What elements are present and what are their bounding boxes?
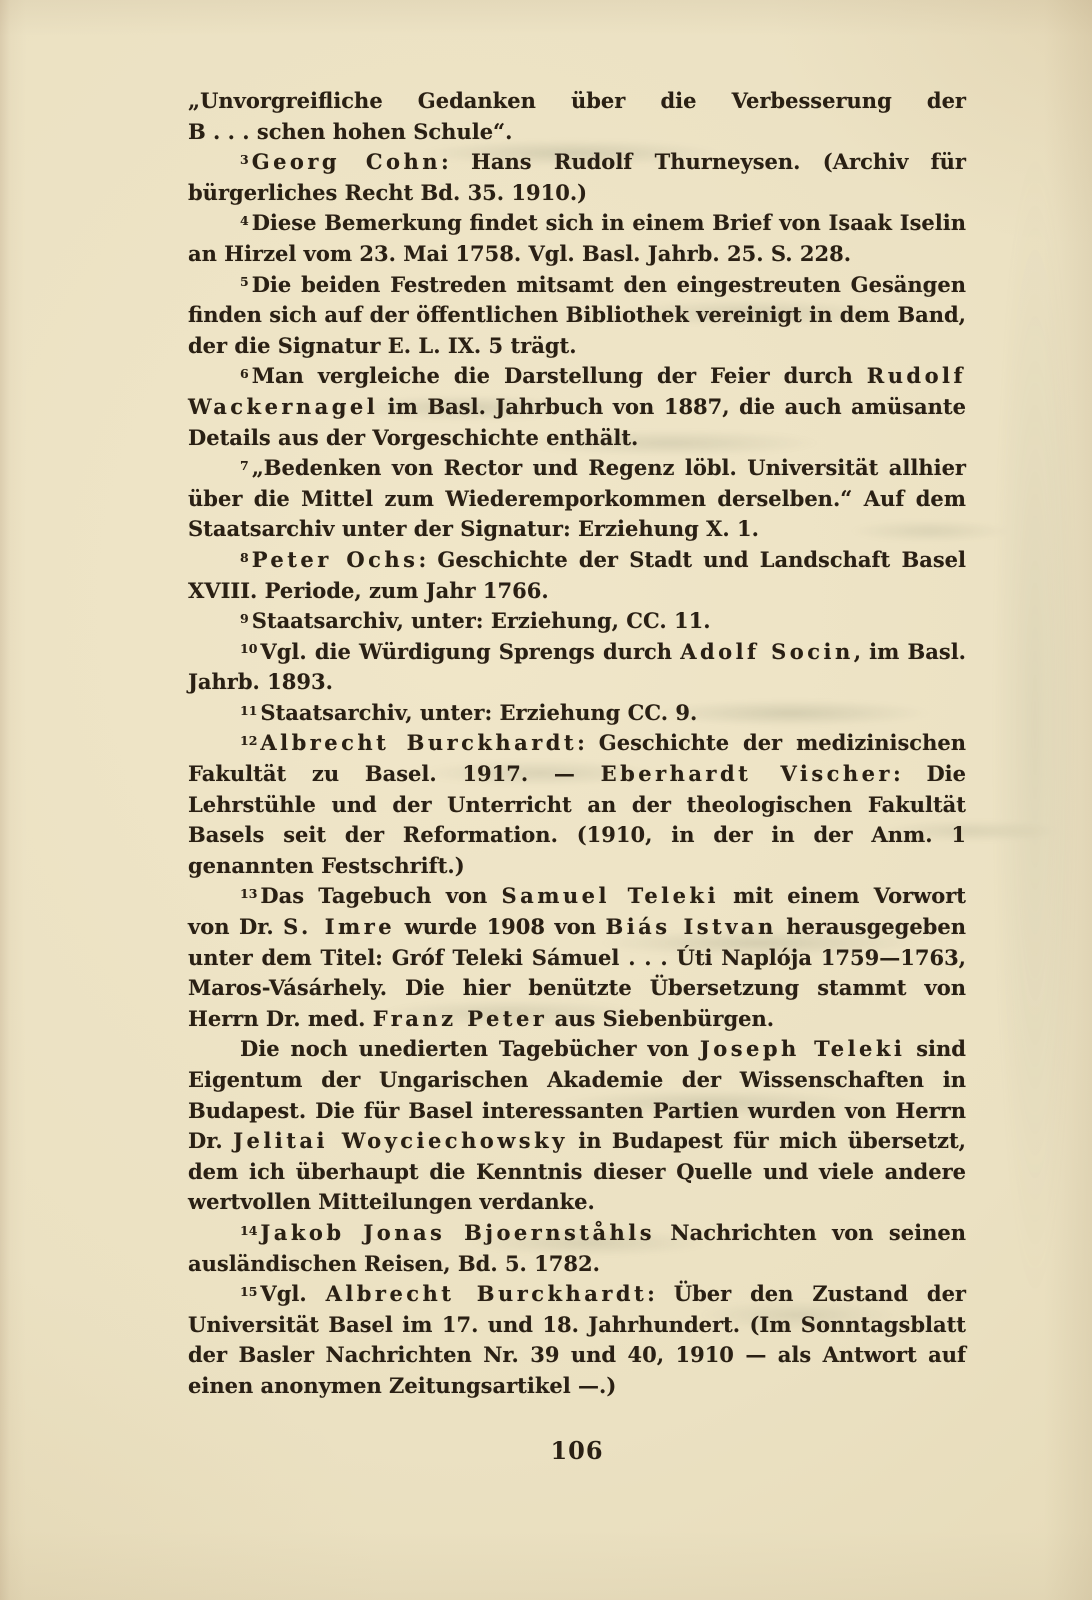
footnote-number: 10 — [240, 641, 257, 656]
text-run: aus Siebenbürgen. — [547, 1006, 774, 1031]
paragraph: „Unvorgreifliche Gedanken über die Verbe… — [188, 86, 966, 147]
person-name: S. Imre — [283, 914, 395, 939]
person-name: Joseph Teleki — [700, 1036, 905, 1061]
footnote-paragraph: 5Die beiden Festreden mitsamt den einges… — [188, 270, 966, 362]
person-name: Albrecht Burckhardt — [260, 730, 577, 755]
footnote-number: 15 — [240, 1284, 257, 1299]
text-run: Diese Bemerkung findet sich in einem Bri… — [188, 210, 966, 266]
footnote-paragraph: 12Albrecht Burckhardt: Geschichte der me… — [188, 728, 966, 881]
text-block: „Unvorgreifliche Gedanken über die Verbe… — [188, 86, 966, 1402]
book-page: „Unvorgreifliche Gedanken über die Verbe… — [0, 0, 1092, 1600]
page-number: 106 — [188, 1436, 966, 1465]
text-run: Die noch unedierten Tagebücher von — [240, 1036, 700, 1061]
person-name: Adolf Socin — [680, 639, 853, 664]
footnote-number: 13 — [240, 886, 257, 901]
person-name: Franz Peter — [373, 1006, 548, 1031]
footnote-number: 14 — [240, 1223, 257, 1238]
person-name: Jakob Jonas Bjoernståhls — [260, 1220, 655, 1245]
footnote-paragraph: 10Vgl. die Würdigung Sprengs durch Adolf… — [188, 637, 966, 698]
text-run: Vgl. — [260, 1281, 325, 1306]
person-name: Georg Cohn — [252, 149, 441, 174]
person-name: Peter Ochs — [252, 547, 419, 572]
footnote-paragraph: 7„Bedenken von Rector und Regenz löbl. U… — [188, 453, 966, 545]
footnote-paragraph: 4Diese Bemerkung findet sich in einem Br… — [188, 208, 966, 269]
text-run: wurde 1908 von — [395, 914, 605, 939]
person-name: Jelitai Woyciechowsky — [233, 1128, 568, 1153]
footnote-number: 6 — [240, 366, 249, 381]
text-run: Man vergleiche die Darstellung der Feier… — [252, 363, 867, 388]
footnote-number: 4 — [240, 213, 249, 228]
text-run: „Bedenken von Rector und Regenz löbl. Un… — [188, 455, 966, 541]
text-run: Staatsarchiv, unter: Erziehung, CC. 11. — [252, 608, 711, 633]
text-run: Staatsarchiv, unter: Erziehung CC. 9. — [260, 700, 697, 725]
footnote-number: 7 — [240, 458, 249, 473]
person-name: Albrecht Burckhardt — [326, 1281, 648, 1306]
footnote-number: 11 — [240, 703, 257, 718]
footnote-number: 5 — [240, 274, 249, 289]
footnote-paragraph: 13Das Tagebuch von Samuel Teleki mit ein… — [188, 881, 966, 1034]
footnote-number: 12 — [240, 733, 257, 748]
person-name: Eberhardt Vischer — [601, 761, 893, 786]
footnote-paragraph: 15Vgl. Albrecht Burckhardt: Über den Zus… — [188, 1279, 966, 1401]
footnote-paragraph: 11Staatsarchiv, unter: Erziehung CC. 9. — [188, 698, 966, 729]
footnote-paragraph: 8Peter Ochs: Geschichte der Stadt und La… — [188, 545, 966, 606]
paragraph: Die noch unedierten Tagebücher von Josep… — [188, 1034, 966, 1218]
footnote-paragraph: 9Staatsarchiv, unter: Erziehung, CC. 11. — [188, 606, 966, 637]
footnote-number: 3 — [240, 152, 249, 167]
footnote-paragraph: 14Jakob Jonas Bjoernståhls Nachrichten v… — [188, 1218, 966, 1279]
text-run: Das Tagebuch von — [260, 883, 501, 908]
footnote-number: 8 — [240, 550, 249, 565]
person-name: Biás Istvan — [606, 914, 777, 939]
text-run: „Unvorgreifliche Gedanken über die Verbe… — [188, 88, 966, 144]
footnote-number: 9 — [240, 611, 249, 626]
footnote-paragraph: 6Man vergleiche die Darstellung der Feie… — [188, 361, 966, 453]
text-run: Die beiden Festreden mitsamt den eingest… — [188, 272, 966, 358]
person-name: Samuel Teleki — [502, 883, 719, 908]
text-run: Vgl. die Würdigung Sprengs durch — [260, 639, 680, 664]
footnote-paragraph: 3Georg Cohn: Hans Rudolf Thurneysen. (Ar… — [188, 147, 966, 208]
